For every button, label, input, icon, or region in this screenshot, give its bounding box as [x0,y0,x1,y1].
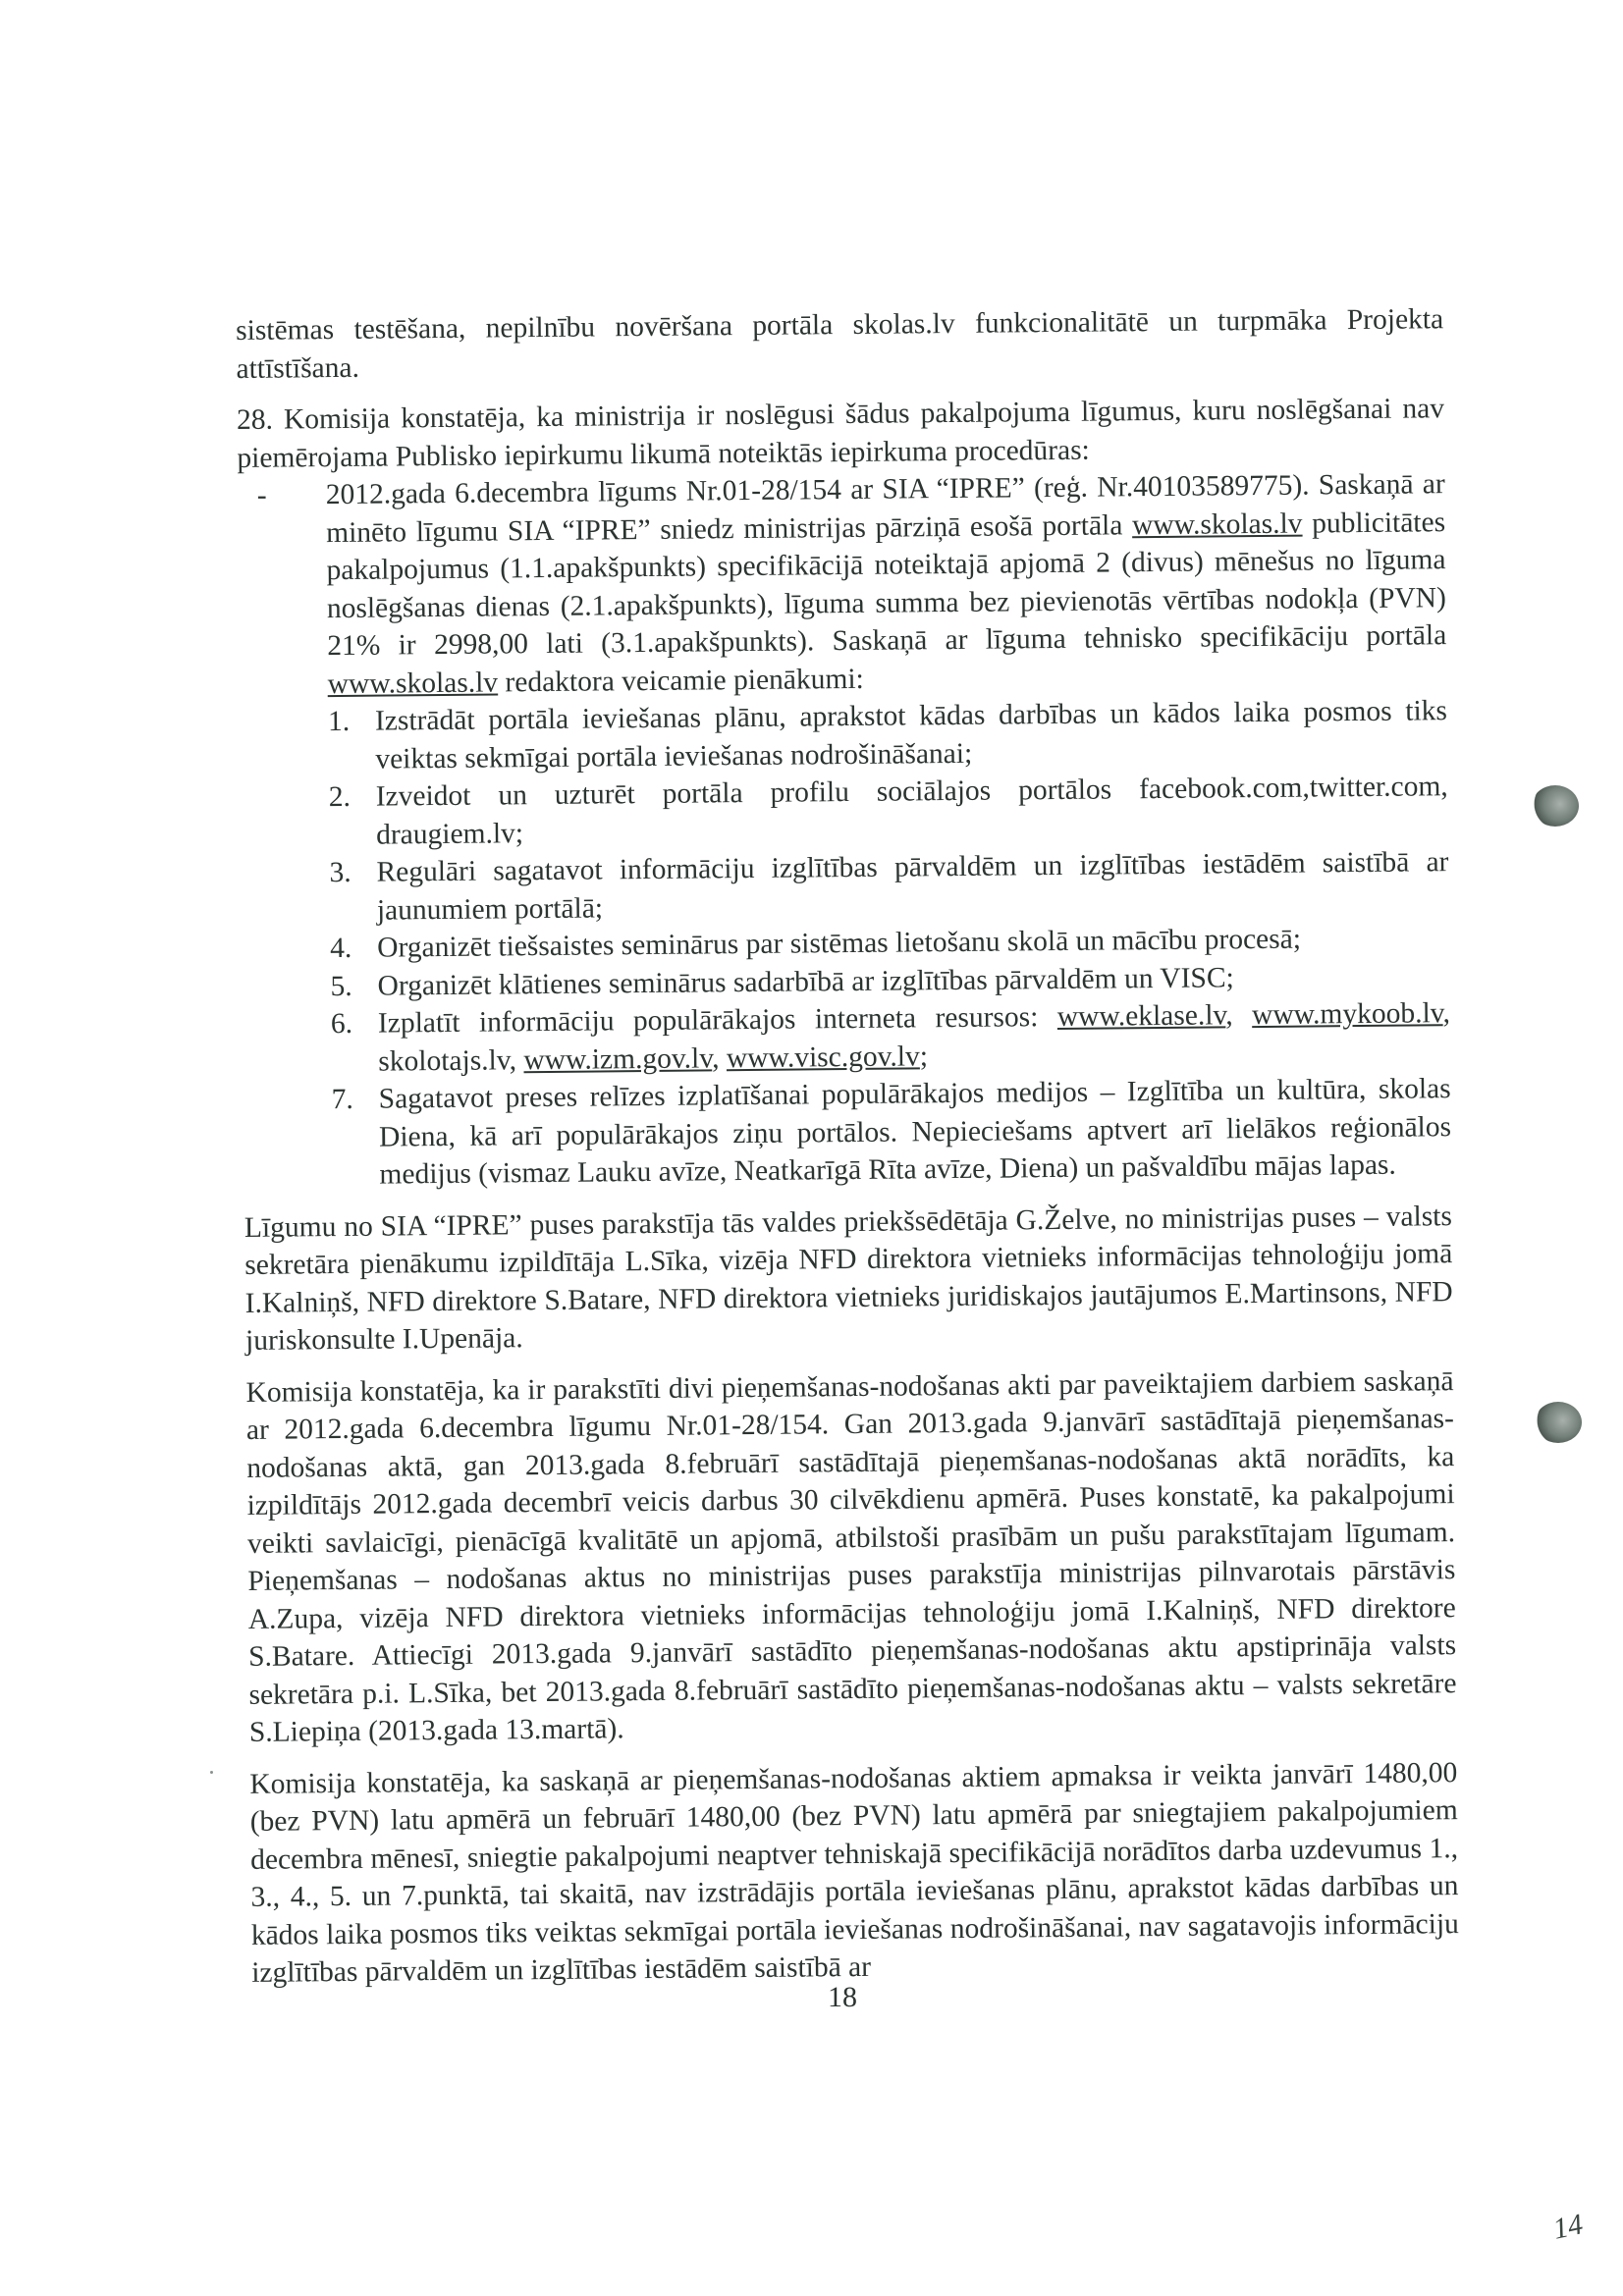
punch-hole-icon [1535,1402,1582,1443]
item-text-mid: skolotajs.lv, [378,1044,523,1077]
scan-artifact [210,1771,213,1774]
item-text-end: ; [920,1041,929,1072]
contract-text-3: redaktora veicamie pienākumi: [498,663,864,698]
handwritten-margin-mark: 14 [1550,2208,1586,2246]
list-item: 2.Izveidot un uzturēt portāla profilu so… [329,768,1449,854]
item-number: 3. [329,854,351,892]
list-item: 6.Izplatīt informāciju populārākajos int… [331,994,1451,1081]
item-number: 7. [332,1081,353,1119]
signatories-paragraph: Līgumu no SIA “IPRE” puses parakstīja tā… [244,1198,1453,1361]
list-item: 3.Regulāri sagatavot informāciju izglītī… [329,843,1449,930]
acceptance-acts-paragraph: Komisija konstatēja, ka ir parakstīti di… [245,1362,1457,1752]
item-text: Organizēt klātienes seminārus sadarbībā … [377,962,1233,1001]
item-text: Izplatīt informāciju populārākajos inter… [378,1001,1057,1040]
link-skolas-1[interactable]: www.skolas.lv [1132,507,1303,541]
item-text: Regulāri sagatavot informāciju izglītība… [376,846,1448,926]
document-body: sistēmas testēšana, nepilnību novēršana … [236,300,1459,1992]
link-eklase[interactable]: www.eklase.lv [1057,999,1226,1033]
item-text: Izstrādāt portāla ieviešanas plānu, apra… [375,695,1447,774]
item-number: 2. [329,778,351,817]
section-28-intro: 28. Komisija konstatēja, ka ministrija i… [237,390,1445,477]
list-item: 7.Sagatavot preses relīzes izplatīšanai … [332,1070,1452,1194]
link-izm[interactable]: www.izm.gov.lv [523,1042,712,1076]
page-number: 18 [828,1981,857,2014]
item-number: 4. [330,930,352,968]
duties-list: 1.Izstrādāt portāla ieviešanas plānu, ap… [240,692,1452,1195]
list-item: 1.Izstrādāt portāla ieviešanas plānu, ap… [328,692,1448,778]
continuation-paragraph: sistēmas testēšana, nepilnību novēršana … [236,300,1444,388]
item-text: Sagatavot preses relīzes izplatīšanai po… [379,1073,1452,1190]
item-number: 5. [330,967,352,1005]
link-visc[interactable]: www.visc.gov.lv [727,1041,920,1074]
contract-item: - 2012.gada 6.decembra līgums Nr.01-28/1… [238,465,1447,704]
item-number: 1. [328,703,350,741]
item-number: 6. [331,1005,352,1043]
scanned-page: sistēmas testēšana, nepilnību novēršana … [0,0,1623,2296]
payment-paragraph: Komisija konstatēja, ka saskaņā ar pieņe… [249,1754,1459,1993]
link-skolas-2[interactable]: www.skolas.lv [327,667,498,700]
punch-hole-icon [1532,785,1579,827]
link-mykoob[interactable]: www.mykoob.lv [1252,997,1443,1031]
item-text: Organizēt tiešsaistes seminārus par sist… [377,924,1301,964]
item-text: Izveidot un uzturēt portāla profilu soci… [376,771,1448,850]
list-dash: - [257,477,267,515]
